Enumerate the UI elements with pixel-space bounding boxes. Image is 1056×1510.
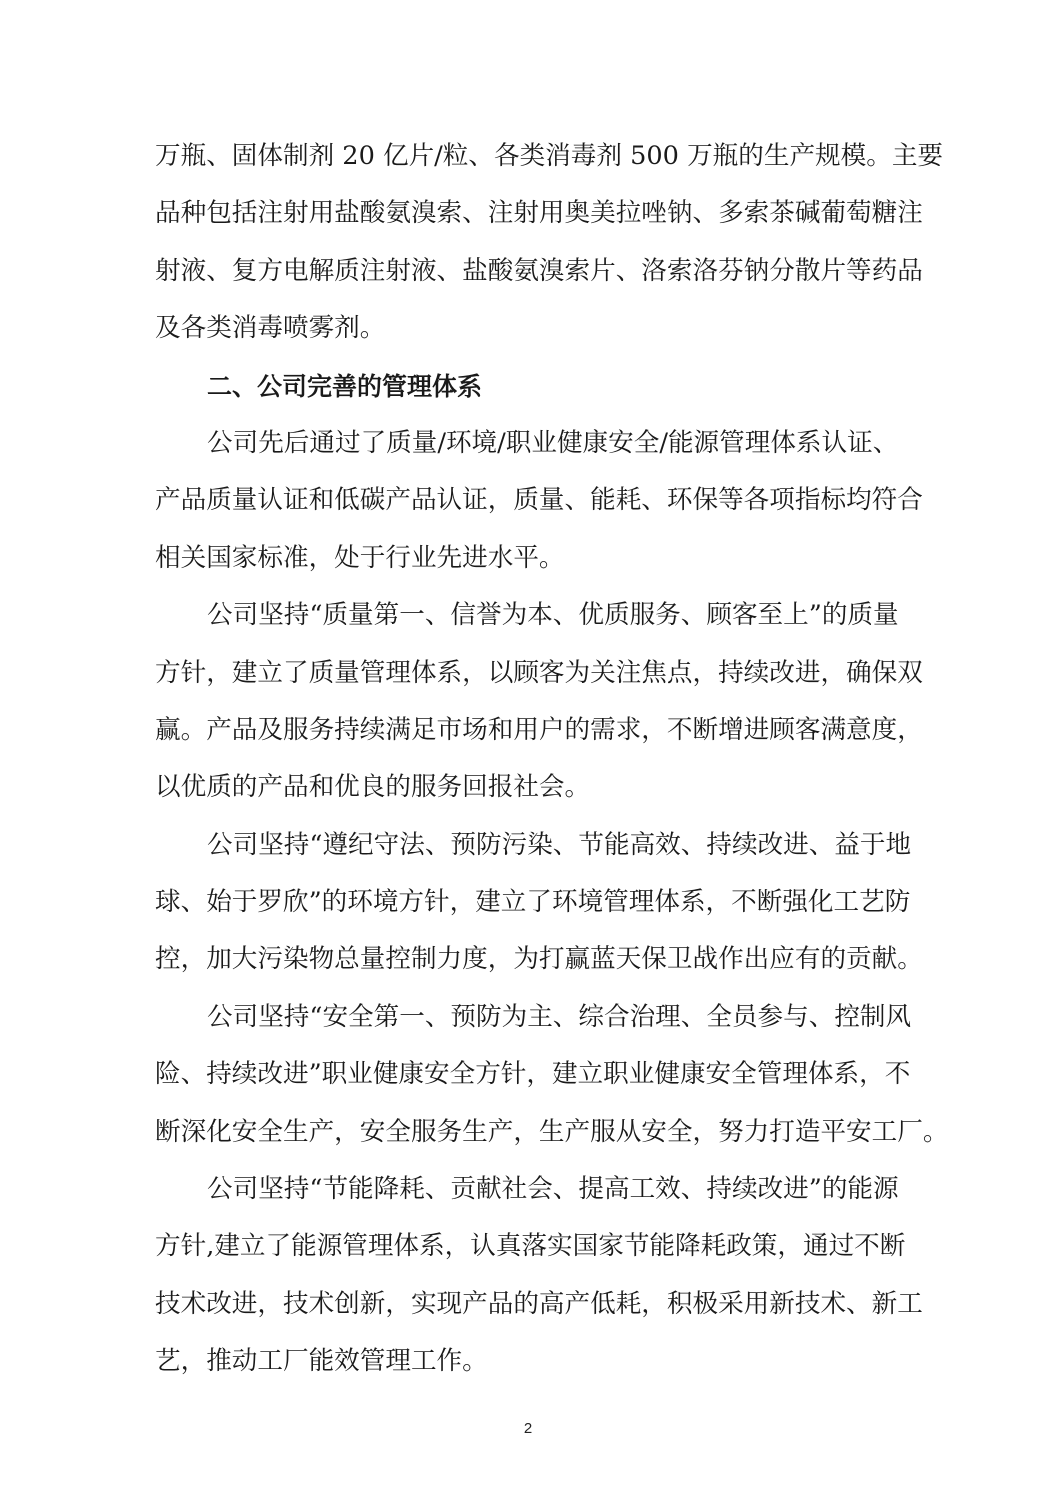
text-line: 公司坚持“节能降耗、贡献社会、提高工效、持续改进”的能源 — [155, 1161, 931, 1218]
text-line: 球、始于罗欣”的环境方针，建立了环境管理体系，不断强化工艺防 — [155, 874, 931, 931]
text-line: 控，加大污染物总量控制力度，为打赢蓝天保卫战作出应有的贡献。 — [155, 931, 931, 988]
text-line: 万瓶、固体制剂 20 亿片/粒、各类消毒剂 500 万瓶的生产规模。主要 — [155, 128, 931, 185]
text-line: 赢。产品及服务持续满足市场和用户的需求，不断增进顾客满意度， — [155, 702, 931, 759]
text-line: 公司坚持“遵纪守法、预防污染、节能高效、持续改进、益于地 — [155, 817, 931, 874]
text-line: 公司先后通过了质量/环境/职业健康安全/能源管理体系认证、 — [155, 415, 931, 472]
text-line: 及各类消毒喷雾剂。 — [155, 300, 931, 357]
text-line: 技术改进，技术创新，实现产品的高产低耗，积极采用新技术、新工 — [155, 1276, 931, 1333]
text-line: 品种包括注射用盐酸氨溴索、注射用奥美拉唑钠、多索茶碱葡萄糖注 — [155, 185, 931, 242]
paragraph-energy-policy: 公司坚持“节能降耗、贡献社会、提高工效、持续改进”的能源 方针,建立了能源管理体… — [155, 1161, 931, 1391]
paragraph-safety-policy: 公司坚持“安全第一、预防为主、综合治理、全员参与、控制风 险、持续改进”职业健康… — [155, 989, 931, 1161]
text-line: 射液、复方电解质注射液、盐酸氨溴索片、洛索洛芬钠分散片等药品 — [155, 243, 931, 300]
text-line: 相关国家标准，处于行业先进水平。 — [155, 530, 931, 587]
text-line: 断深化安全生产，安全服务生产，生产服从安全，努力打造平安工厂。 — [155, 1104, 931, 1161]
paragraph-certifications: 公司先后通过了质量/环境/职业健康安全/能源管理体系认证、 产品质量认证和低碳产… — [155, 415, 931, 587]
text-line: 以优质的产品和优良的服务回报社会。 — [155, 759, 931, 816]
text-line: 产品质量认证和低碳产品认证，质量、能耗、环保等各项指标均符合 — [155, 472, 931, 529]
paragraph-environment-policy: 公司坚持“遵纪守法、预防污染、节能高效、持续改进、益于地 球、始于罗欣”的环境方… — [155, 817, 931, 989]
text-line: 公司坚持“安全第一、预防为主、综合治理、全员参与、控制风 — [155, 989, 931, 1046]
continuation-paragraph: 万瓶、固体制剂 20 亿片/粒、各类消毒剂 500 万瓶的生产规模。主要 品种包… — [155, 128, 931, 358]
page-number: 2 — [0, 1420, 1056, 1437]
text-line: 方针，建立了质量管理体系，以顾客为关注焦点，持续改进，确保双 — [155, 645, 931, 702]
text-line: 公司坚持“质量第一、信誉为本、优质服务、顾客至上”的质量 — [155, 587, 931, 644]
text-line: 艺，推动工厂能效管理工作。 — [155, 1333, 931, 1390]
text-line: 险、持续改进”职业健康安全方针，建立职业健康安全管理体系，不 — [155, 1046, 931, 1103]
text-line: 方针,建立了能源管理体系，认真落实国家节能降耗政策，通过不断 — [155, 1218, 931, 1275]
paragraph-quality-policy: 公司坚持“质量第一、信誉为本、优质服务、顾客至上”的质量 方针，建立了质量管理体… — [155, 587, 931, 817]
document-page: 万瓶、固体制剂 20 亿片/粒、各类消毒剂 500 万瓶的生产规模。主要 品种包… — [155, 128, 931, 1391]
section-heading: 二、公司完善的管理体系 — [155, 358, 931, 415]
